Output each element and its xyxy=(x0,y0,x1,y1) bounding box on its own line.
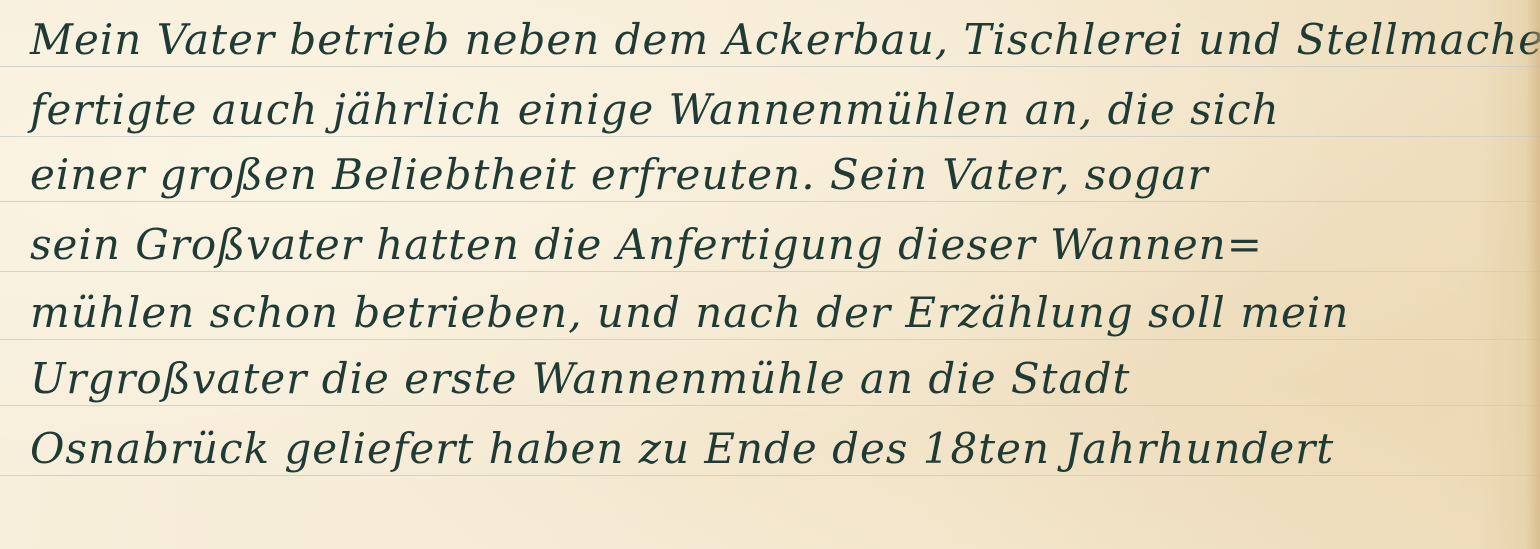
line-text: sein Großvater hatten die Anfertigung di… xyxy=(30,224,1263,272)
handwritten-line-3: einer großen Beliebtheit erfreuten. Sein… xyxy=(30,132,1530,202)
page-edge-shadow xyxy=(1526,0,1540,549)
line-text: fertigte auch jährlich einige Wannenmühl… xyxy=(30,89,1280,137)
handwritten-line-7: Osnabrück geliefert haben zu Ende des 18… xyxy=(30,406,1530,476)
line-text: Mein Vater betrieb neben dem Ackerbau, T… xyxy=(30,19,1540,67)
manuscript-page: Mein Vater betrieb neben dem Ackerbau, T… xyxy=(0,0,1540,549)
line-text: Urgroßvater die erste Wannenmühle an die… xyxy=(30,358,1130,406)
handwritten-line-4: sein Großvater hatten die Anfertigung di… xyxy=(30,202,1530,272)
line-text: mühlen schon betrieben, und nach der Erz… xyxy=(30,292,1349,340)
handwritten-line-1: Mein Vater betrieb neben dem Ackerbau, T… xyxy=(30,0,1530,67)
handwritten-line-6: Urgroßvater die erste Wannenmühle an die… xyxy=(30,336,1530,406)
handwritten-line-5: mühlen schon betrieben, und nach der Erz… xyxy=(30,270,1530,340)
line-text: einer großen Beliebtheit erfreuten. Sein… xyxy=(30,154,1209,202)
line-text: Osnabrück geliefert haben zu Ende des 18… xyxy=(30,428,1334,476)
handwritten-line-2: fertigte auch jährlich einige Wannenmühl… xyxy=(30,67,1530,137)
